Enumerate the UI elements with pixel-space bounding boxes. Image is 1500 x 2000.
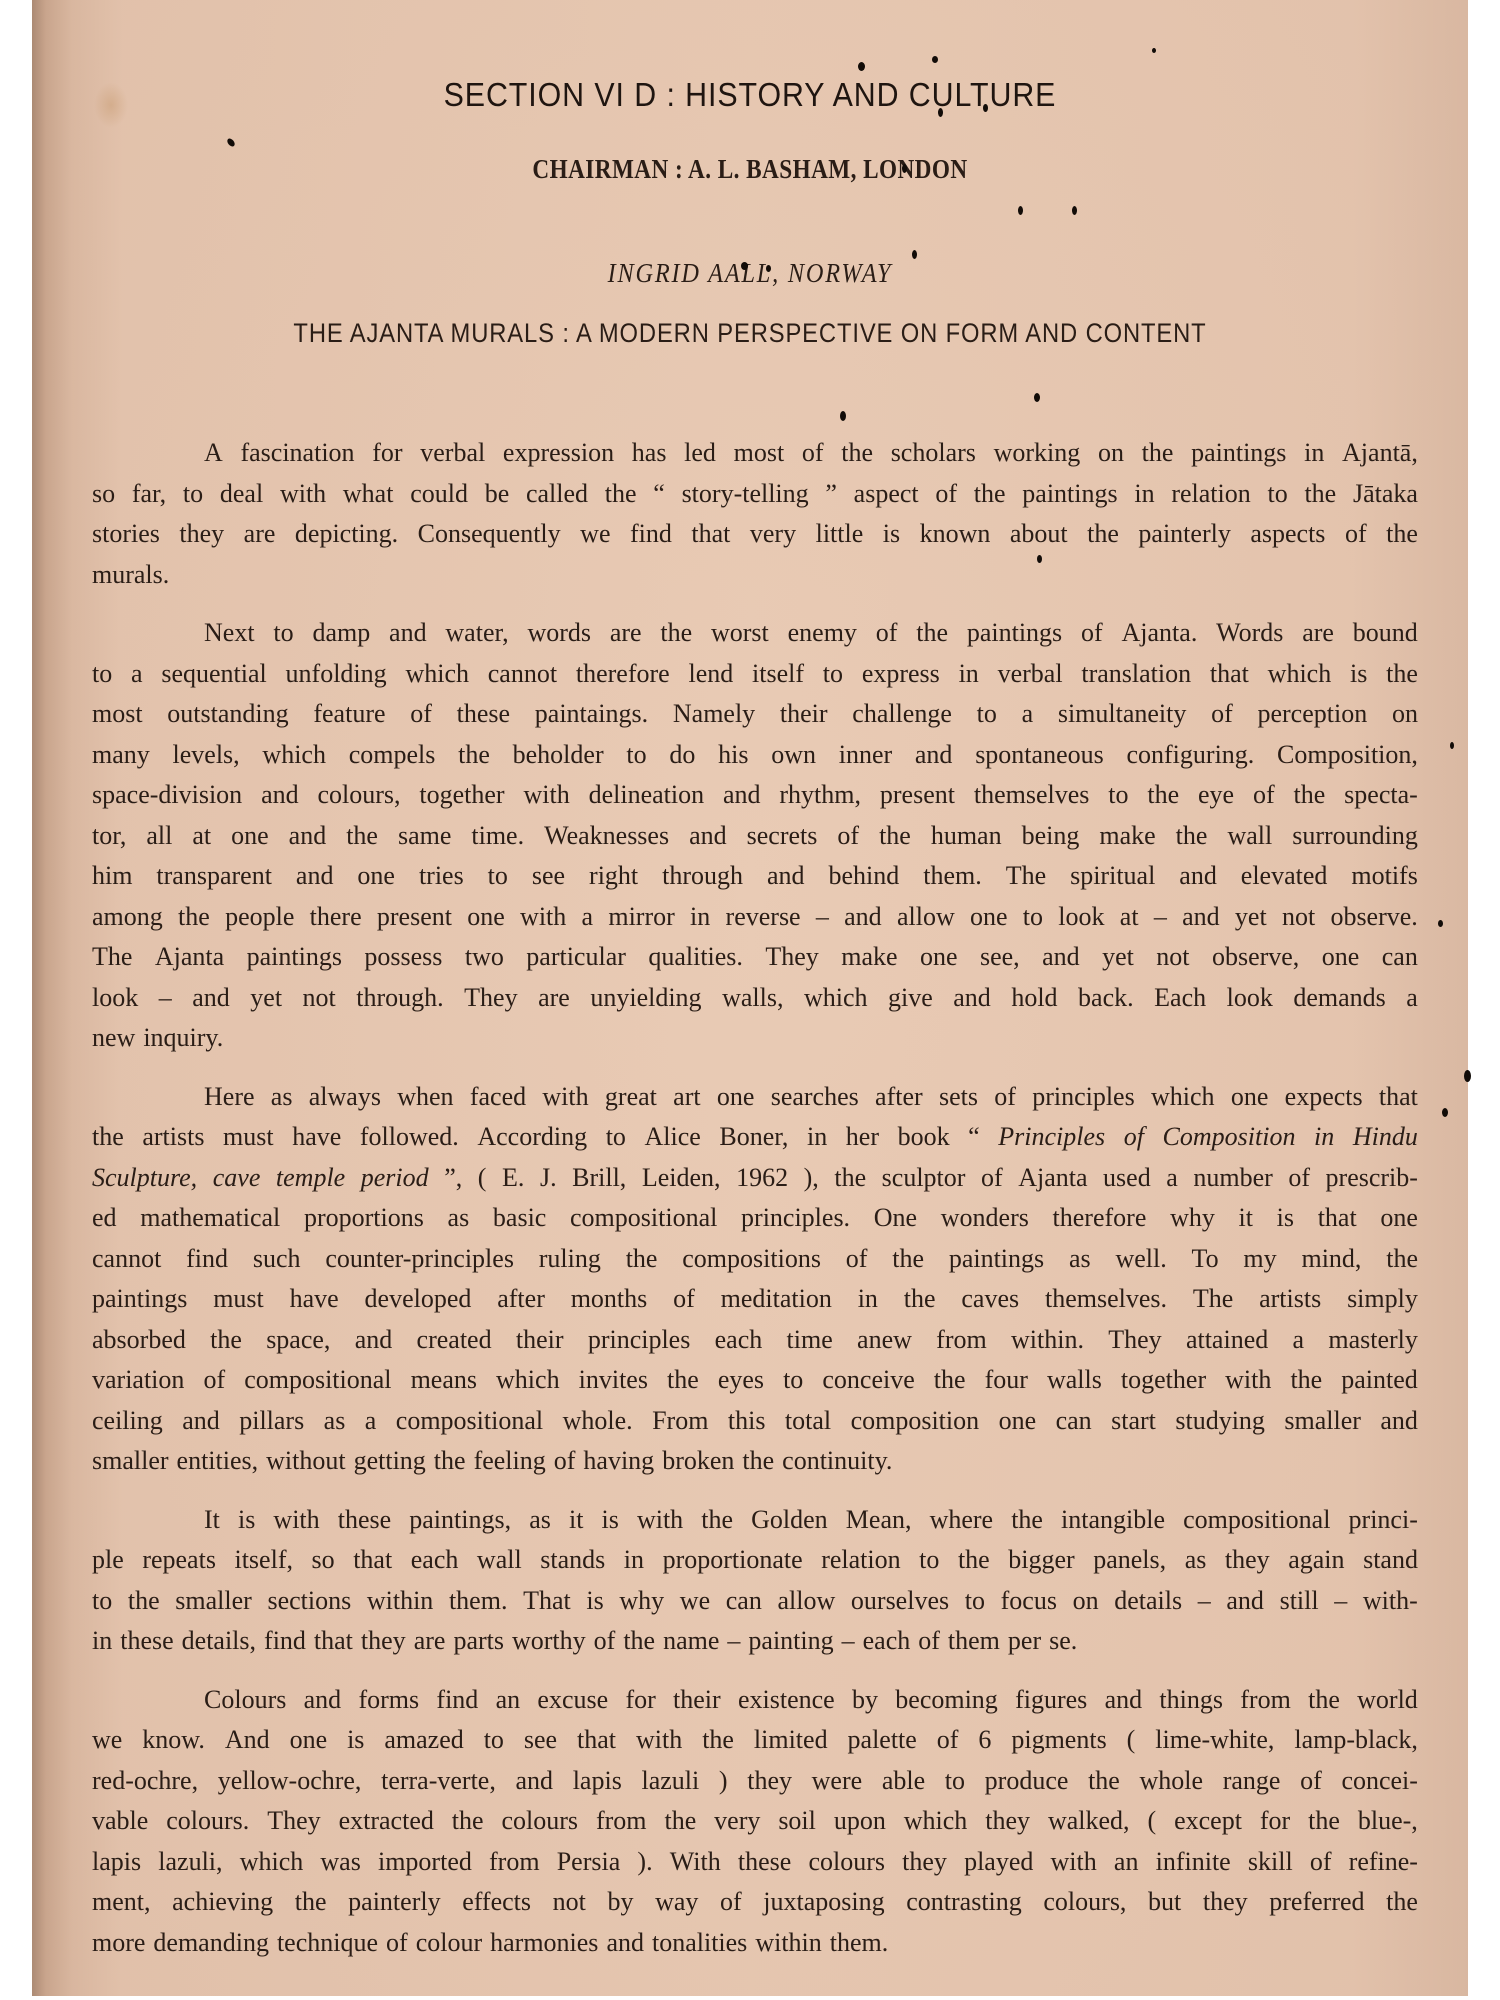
ink-speck	[938, 108, 943, 117]
ink-speck	[1152, 48, 1156, 53]
chairman-line: CHAIRMAN : A. L. BASHAM, LONDON	[133, 154, 1368, 185]
text-line: ment,achievingthepainterlyeffectsnotbywa…	[92, 1882, 1418, 1923]
text-line: variationofcompositionalmeanswhichinvite…	[92, 1360, 1418, 1401]
ink-speck	[840, 411, 846, 421]
text-line: Afascinationforverbalexpressionhasledmos…	[92, 433, 1418, 474]
text-line: amongthepeopletherepresentonewithamirror…	[92, 897, 1418, 938]
article-body: Afascinationforverbalexpressionhasledmos…	[92, 433, 1418, 1981]
text-line: himtransparentandonetriestoseerightthrou…	[92, 856, 1418, 897]
paragraph: Hereasalwayswhenfacedwithgreatartonesear…	[92, 1077, 1418, 1482]
text-line: tor,allatoneandthesametime.Weaknessesand…	[92, 816, 1418, 857]
text-line: moredemandingtechniqueofcolourharmoniesa…	[92, 1923, 1418, 1964]
paragraph: Nexttodampandwater,wordsaretheworstenemy…	[92, 613, 1418, 1059]
ink-speck	[1450, 742, 1454, 749]
text-line: tothesmallersectionswithinthem.Thatiswhy…	[92, 1581, 1418, 1622]
text-line: weknow.Andoneisamazedtoseethatwiththelim…	[92, 1720, 1418, 1761]
text-line: red-ochre,yellow-ochre,terra-verte,andla…	[92, 1761, 1418, 1802]
text-line: storiestheyaredepicting.Consequentlywefi…	[92, 514, 1418, 555]
text-line: edmathematicalproportionsasbasiccomposit…	[92, 1198, 1418, 1239]
text-line: toasequentialunfoldingwhichcannottherefo…	[92, 654, 1418, 695]
scanned-page: SECTION VI D : HISTORY AND CULTURE CHAIR…	[32, 0, 1468, 1996]
text-line: absorbedthespace,andcreatedtheirprincipl…	[92, 1320, 1418, 1361]
text-line: paintingsmusthavedevelopedaftermonthsofm…	[92, 1279, 1418, 1320]
text-line: Itiswiththesepaintings,asitiswiththeGold…	[92, 1500, 1418, 1541]
paper-title: THE AJANTA MURALS : A MODERN PERSPECTIVE…	[118, 318, 1382, 349]
ink-speck	[1442, 1108, 1448, 1117]
text-line: TheAjantapaintingspossesstwoparticularqu…	[92, 937, 1418, 978]
text-line: look–andyetnotthrough.Theyareunyieldingw…	[92, 978, 1418, 1019]
text-line: sofar,todealwithwhatcouldbecalledthe“sto…	[92, 474, 1418, 515]
text-line: lapislazuli,whichwasimportedfromPersia).…	[92, 1842, 1418, 1883]
text-line: Coloursandformsfindanexcusefortheirexist…	[92, 1680, 1418, 1721]
text-line: cannotfindsuchcounter-principlesrulingth…	[92, 1239, 1418, 1280]
paragraph: Coloursandformsfindanexcusefortheirexist…	[92, 1680, 1418, 1964]
text-line: ceilingandpillarsasacompositionalwhole.F…	[92, 1401, 1418, 1442]
text-line: smallerentities,withoutgettingthefeeling…	[92, 1441, 1418, 1482]
paragraph: Itiswiththesepaintings,asitiswiththeGold…	[92, 1500, 1418, 1662]
text-line: Nexttodampandwater,wordsaretheworstenemy…	[92, 613, 1418, 654]
ink-speck	[1034, 393, 1040, 402]
section-title: SECTION VI D : HISTORY AND CULTURE	[89, 76, 1410, 114]
ink-speck	[902, 164, 907, 173]
ink-speck	[932, 56, 938, 63]
paragraph: Afascinationforverbalexpressionhasledmos…	[92, 433, 1418, 595]
ink-speck	[1037, 555, 1042, 563]
author-line: INGRID AALL, NORWAY	[104, 258, 1396, 289]
text-line: newinquiry.	[92, 1018, 1418, 1059]
ink-speck	[1464, 1070, 1471, 1082]
text-line: murals.	[92, 555, 1418, 596]
text-line: space-divisionandcolours,togetherwithdel…	[92, 775, 1418, 816]
text-line: Hereasalwayswhenfacedwithgreatartonesear…	[92, 1077, 1418, 1118]
ink-speck	[741, 262, 748, 270]
ink-speck	[858, 62, 865, 71]
ink-speck	[766, 265, 771, 272]
text-line: Sculpture,cavetempleperiod”,(E.J.Brill,L…	[92, 1158, 1418, 1199]
ink-speck	[912, 250, 917, 259]
text-line: plerepeatsitself,sothateachwallstandsinp…	[92, 1540, 1418, 1581]
ink-speck	[226, 137, 236, 148]
text-line: inthesedetails,findthattheyarepartsworth…	[92, 1621, 1418, 1662]
text-line: theartistsmusthavefollowed.AccordingtoAl…	[92, 1117, 1418, 1158]
ink-speck	[983, 104, 988, 112]
text-line: manylevels,whichcompelsthebeholdertodohi…	[92, 735, 1418, 776]
ink-speck	[1438, 920, 1443, 927]
ink-speck	[1072, 206, 1077, 215]
ink-speck	[1018, 206, 1023, 215]
text-line: mostoutstandingfeatureofthesepaintaings.…	[92, 694, 1418, 735]
text-line: vablecolours.Theyextractedthecoloursfrom…	[92, 1801, 1418, 1842]
